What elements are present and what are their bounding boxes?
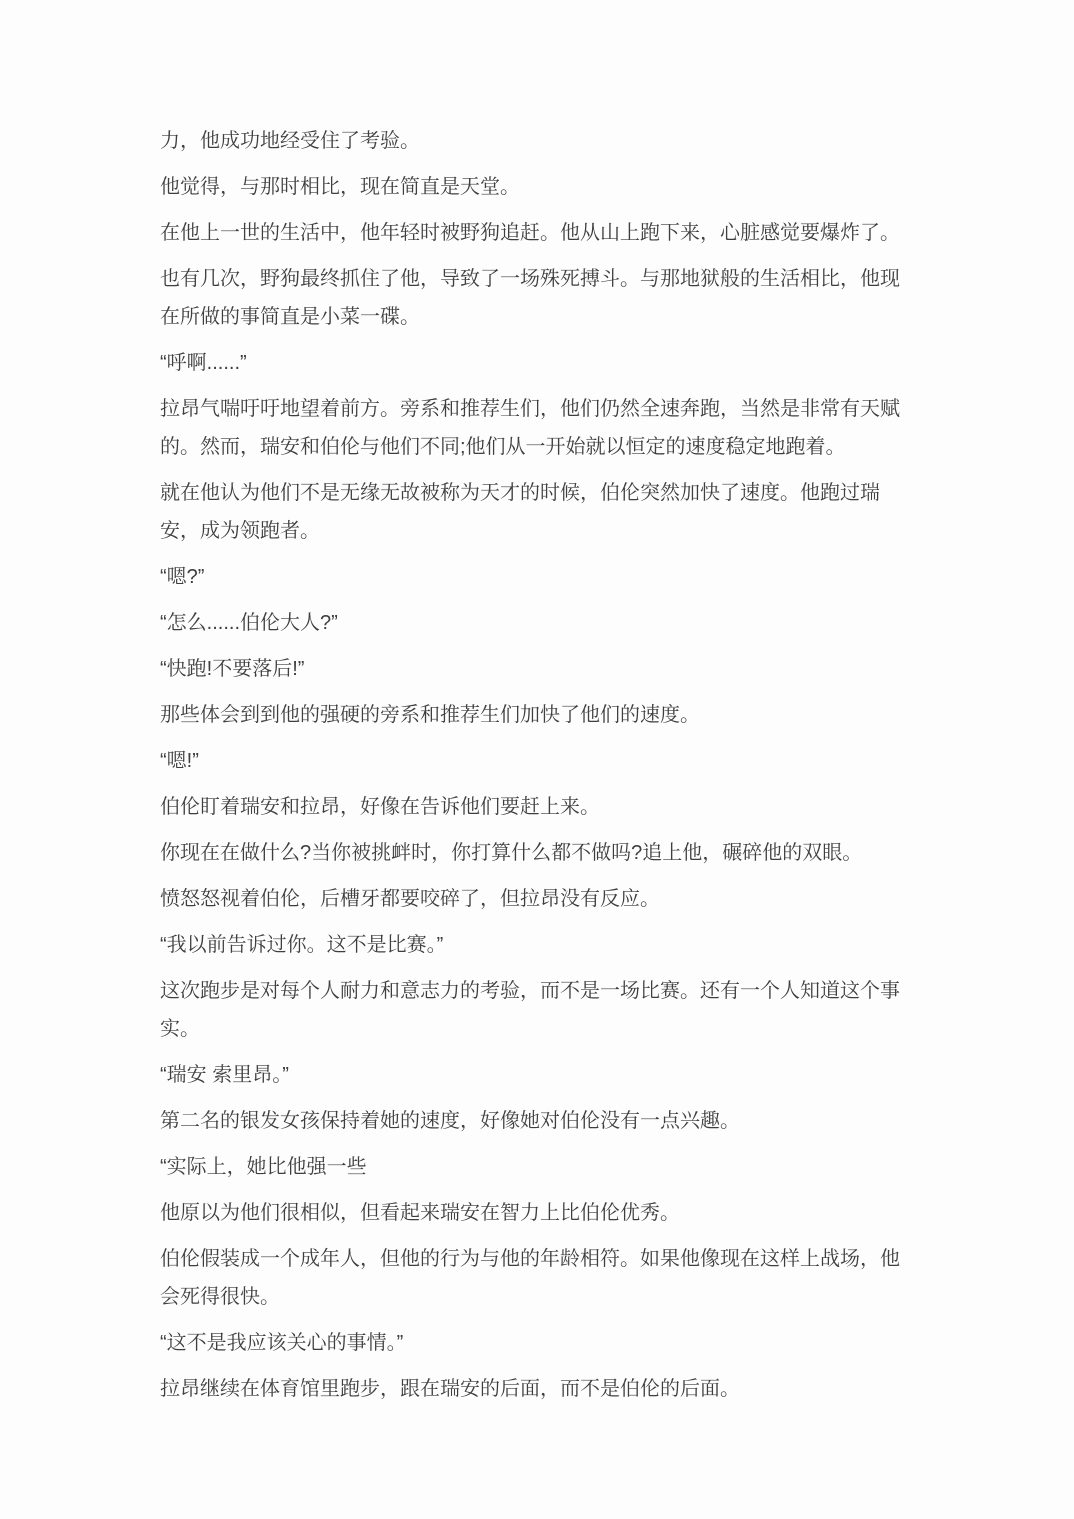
paragraph-23: 拉昂继续在体育馆里跑步，跟在瑞安的后面，而不是伯伦的后面。 <box>160 1370 919 1408</box>
paragraph-2: 在他上一世的生活中，他年轻时被野狗追赶。他从山上跑下来，心脏感觉要爆炸了。 <box>160 214 919 252</box>
paragraph-16: 这次跑步是对每个人耐力和意志力的考验，而不是一场比赛。还有一个人知道这个事实。 <box>160 972 919 1048</box>
document-page: 力，他成功地经受住了考验。 他觉得，与那时相比，现在简直是天堂。 在他上一世的生… <box>0 0 1074 1519</box>
paragraph-3: 也有几次，野狗最终抓住了他，导致了一场殊死搏斗。与那地狱般的生活相比，他现在所做… <box>160 260 919 336</box>
paragraph-21: 伯伦假装成一个成年人，但他的行为与他的年龄相符。如果他像现在这样上战场，他会死得… <box>160 1240 919 1316</box>
paragraph-5: 拉昂气喘吁吁地望着前方。旁系和推荐生们，他们仍然全速奔跑，当然是非常有天赋的。然… <box>160 390 919 466</box>
paragraph-4: “呼啊......” <box>160 344 919 382</box>
paragraph-20: 他原以为他们很相似，但看起来瑞安在智力上比伯伦优秀。 <box>160 1194 919 1232</box>
paragraph-6: 就在他认为他们不是无缘无故被称为天才的时候，伯伦突然加快了速度。他跑过瑞安，成为… <box>160 474 919 550</box>
paragraph-18: 第二名的银发女孩保持着她的速度，好像她对伯伦没有一点兴趣。 <box>160 1102 919 1140</box>
paragraph-19: “实际上，她比他强一些 <box>160 1148 919 1186</box>
paragraph-12: 伯伦盯着瑞安和拉昂，好像在告诉他们要赶上来。 <box>160 788 919 826</box>
paragraph-0: 力，他成功地经受住了考验。 <box>160 122 919 160</box>
paragraph-9: “快跑!不要落后!” <box>160 650 919 688</box>
paragraph-22: “这不是我应该关心的事情。” <box>160 1324 919 1362</box>
paragraph-11: “嗯!” <box>160 742 919 780</box>
paragraph-17: “瑞安 索里昂。” <box>160 1056 919 1094</box>
paragraph-7: “嗯?” <box>160 558 919 596</box>
paragraph-10: 那些体会到到他的强硬的旁系和推荐生们加快了他们的速度。 <box>160 696 919 734</box>
paragraph-15: “我以前告诉过你。这不是比赛。” <box>160 926 919 964</box>
paragraph-1: 他觉得，与那时相比，现在简直是天堂。 <box>160 168 919 206</box>
paragraph-14: 愤怒怒视着伯伦，后槽牙都要咬碎了，但拉昂没有反应。 <box>160 880 919 918</box>
paragraph-8: “怎么......伯伦大人?” <box>160 604 919 642</box>
paragraph-13: 你现在在做什么?当你被挑衅时，你打算什么都不做吗?追上他，碾碎他的双眼。 <box>160 834 919 872</box>
